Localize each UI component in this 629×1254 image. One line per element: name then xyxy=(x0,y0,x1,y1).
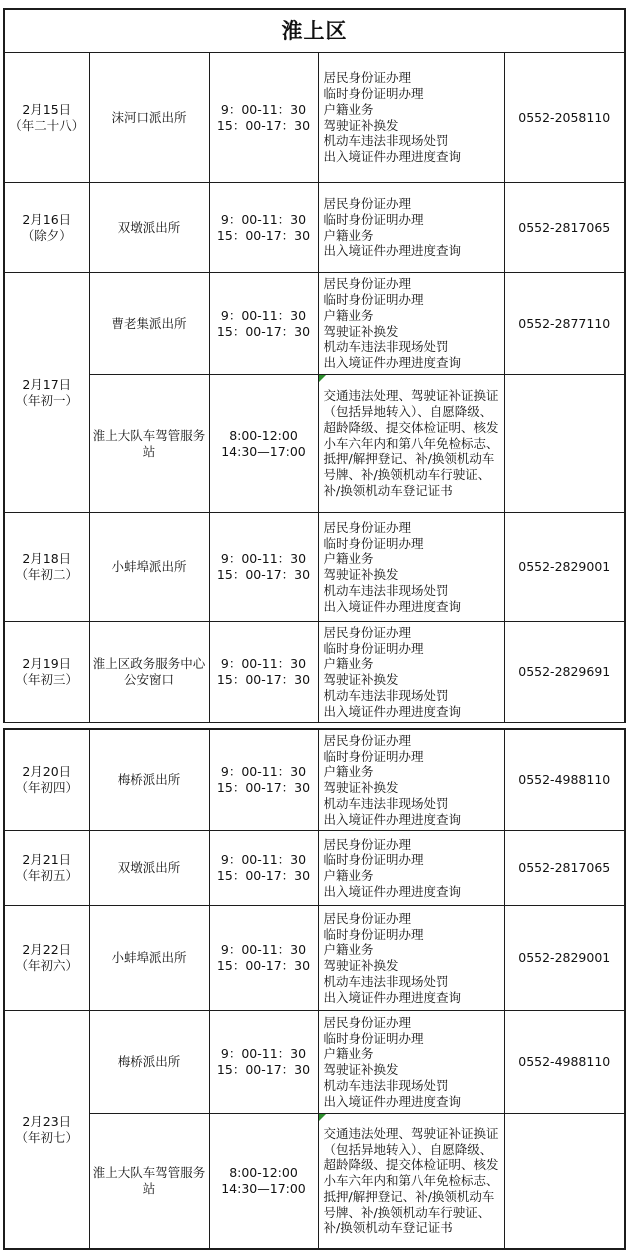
station-cell: 小蚌埠派出所 xyxy=(89,513,209,622)
station-cell: 沫河口派出所 xyxy=(89,53,209,183)
date-cell: 2月17日 （年初一） xyxy=(4,273,89,513)
services-cell: 居民身份证办理 临时身份证明办理 户籍业务 驾驶证补换发 机动车违法非现场处罚 … xyxy=(318,1011,504,1114)
table-row: 2月16日 （除夕） 双墩派出所 9：00-11：30 15：00-17：30 … xyxy=(4,183,625,273)
services-cell: 交通违法处理、驾驶证补证换证（包括异地转入）、自愿降级、超龄降级、提交体检证明、… xyxy=(318,375,504,513)
table-row: 2月17日 （年初一） 曹老集派出所 9：00-11：30 15：00-17：3… xyxy=(4,273,625,375)
table-row: 2月19日 （年初三） 淮上区政务服务中心公安窗口 9：00-11：30 15：… xyxy=(4,622,625,723)
station-cell: 淮上大队车驾管服务站 xyxy=(89,1114,209,1250)
phone-cell: 0552-2829001 xyxy=(504,513,625,622)
date-cell: 2月21日 （年初五） xyxy=(4,831,89,906)
services-text: 交通违法处理、驾驶证补证换证（包括异地转入）、自愿降级、超龄降级、提交体检证明、… xyxy=(324,1126,499,1236)
station-cell: 双墩派出所 xyxy=(89,831,209,906)
hours-cell: 9：00-11：30 15：00-17：30 xyxy=(209,1011,318,1114)
phone-cell: 0552-2817065 xyxy=(504,831,625,906)
hours-cell: 9：00-11：30 15：00-17：30 xyxy=(209,53,318,183)
services-text: 交通违法处理、驾驶证补证换证（包括异地转入）、自愿降级、超龄降级、提交体检证明、… xyxy=(324,388,499,498)
phone-cell: 0552-2829691 xyxy=(504,622,625,723)
hours-cell: 9：00-11：30 15：00-17：30 xyxy=(209,622,318,723)
title-row: 淮上区 xyxy=(4,9,625,53)
table-row: 2月23日 （年初七） 梅桥派出所 9：00-11：30 15：00-17：30… xyxy=(4,1011,625,1114)
date-cell: 2月19日 （年初三） xyxy=(4,622,89,723)
services-cell: 居民身份证办理 临时身份证明办理 户籍业务 出入境证件办理进度查询 xyxy=(318,831,504,906)
hours-cell: 8:00-12:00 14:30—17:00 xyxy=(209,1114,318,1250)
hours-cell: 9：00-11：30 15：00-17：30 xyxy=(209,513,318,622)
table-row: 淮上大队车驾管服务站 8:00-12:00 14:30—17:00 交通违法处理… xyxy=(4,1114,625,1250)
services-cell: 居民身份证办理 临时身份证明办理 户籍业务 驾驶证补换发 机动车违法非现场处罚 … xyxy=(318,729,504,831)
station-cell: 双墩派出所 xyxy=(89,183,209,273)
services-cell: 居民身份证办理 临时身份证明办理 户籍业务 驾驶证补换发 机动车违法非现场处罚 … xyxy=(318,273,504,375)
date-cell: 2月18日 （年初二） xyxy=(4,513,89,622)
phone-cell: 0552-2817065 xyxy=(504,183,625,273)
table-row: 2月21日 （年初五） 双墩派出所 9：00-11：30 15：00-17：30… xyxy=(4,831,625,906)
date-cell: 2月16日 （除夕） xyxy=(4,183,89,273)
date-cell: 2月15日 （年二十八） xyxy=(4,53,89,183)
hours-cell: 9：00-11：30 15：00-17：30 xyxy=(209,831,318,906)
station-cell: 淮上区政务服务中心公安窗口 xyxy=(89,622,209,723)
station-cell: 小蚌埠派出所 xyxy=(89,906,209,1011)
station-cell: 梅桥派出所 xyxy=(89,729,209,831)
station-cell: 淮上大队车驾管服务站 xyxy=(89,375,209,513)
table-row: 2月20日 （年初四） 梅桥派出所 9：00-11：30 15：00-17：30… xyxy=(4,729,625,831)
phone-cell: 0552-4988110 xyxy=(504,1011,625,1114)
date-cell: 2月22日 （年初六） xyxy=(4,906,89,1011)
phone-cell: 0552-4988110 xyxy=(504,729,625,831)
hours-cell: 9：00-11：30 15：00-17：30 xyxy=(209,729,318,831)
phone-cell: 0552-2058110 xyxy=(504,53,625,183)
date-cell: 2月20日 （年初四） xyxy=(4,729,89,831)
station-cell: 梅桥派出所 xyxy=(89,1011,209,1114)
services-cell: 居民身份证办理 临时身份证明办理 户籍业务 驾驶证补换发 机动车违法非现场处罚 … xyxy=(318,906,504,1011)
schedule-sheet: 淮上区 2月15日 （年二十八） 沫河口派出所 9：00-11：30 15：00… xyxy=(0,0,629,1254)
services-cell: 居民身份证办理 临时身份证明办理 户籍业务 驾驶证补换发 机动车违法非现场处罚 … xyxy=(318,53,504,183)
schedule-table-part-1: 淮上区 2月15日 （年二十八） 沫河口派出所 9：00-11：30 15：00… xyxy=(3,8,626,723)
phone-cell xyxy=(504,375,625,513)
cell-comment-triangle-icon xyxy=(319,1114,326,1121)
hours-cell: 8:00-12:00 14:30—17:00 xyxy=(209,375,318,513)
services-cell: 居民身份证办理 临时身份证明办理 户籍业务 驾驶证补换发 机动车违法非现场处罚 … xyxy=(318,622,504,723)
services-cell: 交通违法处理、驾驶证补证换证（包括异地转入）、自愿降级、超龄降级、提交体检证明、… xyxy=(318,1114,504,1250)
schedule-table-part-2: 2月20日 （年初四） 梅桥派出所 9：00-11：30 15：00-17：30… xyxy=(3,728,626,1250)
table-row: 2月15日 （年二十八） 沫河口派出所 9：00-11：30 15：00-17：… xyxy=(4,53,625,183)
district-title: 淮上区 xyxy=(4,9,625,53)
phone-cell xyxy=(504,1114,625,1250)
cell-comment-triangle-icon xyxy=(319,375,326,382)
date-cell: 2月23日 （年初七） xyxy=(4,1011,89,1250)
phone-cell: 0552-2829001 xyxy=(504,906,625,1011)
station-cell: 曹老集派出所 xyxy=(89,273,209,375)
hours-cell: 9：00-11：30 15：00-17：30 xyxy=(209,273,318,375)
phone-cell: 0552-2877110 xyxy=(504,273,625,375)
table-row: 2月18日 （年初二） 小蚌埠派出所 9：00-11：30 15：00-17：3… xyxy=(4,513,625,622)
hours-cell: 9：00-11：30 15：00-17：30 xyxy=(209,906,318,1011)
table-row: 2月22日 （年初六） 小蚌埠派出所 9：00-11：30 15：00-17：3… xyxy=(4,906,625,1011)
services-cell: 居民身份证办理 临时身份证明办理 户籍业务 驾驶证补换发 机动车违法非现场处罚 … xyxy=(318,513,504,622)
table-row: 淮上大队车驾管服务站 8:00-12:00 14:30—17:00 交通违法处理… xyxy=(4,375,625,513)
services-cell: 居民身份证办理 临时身份证明办理 户籍业务 出入境证件办理进度查询 xyxy=(318,183,504,273)
hours-cell: 9：00-11：30 15：00-17：30 xyxy=(209,183,318,273)
